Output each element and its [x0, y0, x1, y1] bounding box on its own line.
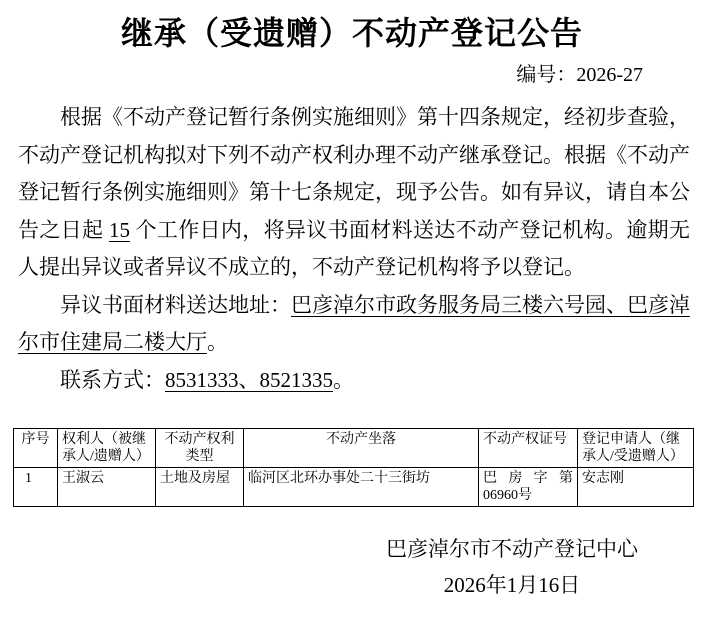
signature-block: 巴彦淖尔市不动产登记中心 2026年1月16日 — [379, 531, 645, 603]
cell-applicant: 安志刚 — [578, 468, 694, 507]
registration-table: 序号 权利人（被继承人/遗赠人） 不动产权利类型 不动产坐落 不动产权证号 登记… — [13, 428, 694, 507]
cell-seq: 1 — [14, 468, 58, 507]
delivery-address-period: 。 — [207, 330, 228, 354]
delivery-address-label: 异议书面材料送达地址： — [60, 293, 291, 317]
working-days-underlined: 15 — [109, 218, 130, 242]
table-row: 1 王淑云 土地及房屋 临河区北环办事处二十三街坊 巴房字第06960号 安志刚 — [14, 468, 694, 507]
paragraph-contact: 联系方式：8531333、8521335。 — [18, 362, 690, 400]
document-number: 编号：2026-27 — [0, 62, 704, 88]
contact-period: 。 — [333, 368, 354, 392]
contact-phones-underlined: 8531333、8521335 — [165, 368, 333, 392]
paragraph-intro: 根据《不动产登记暂行条例实施细则》第十四条规定，经初步查验，不动产登记机构拟对下… — [18, 99, 690, 287]
header-seq: 序号 — [14, 429, 58, 468]
paragraph-delivery-address: 异议书面材料送达地址：巴彦淖尔市政务服务局三楼六号园、巴彦淖尔市住建局二楼大厅。 — [18, 287, 690, 362]
header-location: 不动产坐落 — [244, 429, 479, 468]
cell-location: 临河区北环办事处二十三街坊 — [244, 468, 479, 507]
cell-right-holder: 王淑云 — [58, 468, 156, 507]
table-header-row: 序号 权利人（被继承人/遗赠人） 不动产权利类型 不动产坐落 不动产权证号 登记… — [14, 429, 694, 468]
cell-right-type: 土地及房屋 — [156, 468, 244, 507]
document-body: 根据《不动产登记暂行条例实施细则》第十四条规定，经初步查验，不动产登记机构拟对下… — [18, 99, 690, 399]
header-cert-no: 不动产权证号 — [479, 429, 578, 468]
announcement-document: 继承（受遗赠）不动产登记公告 编号：2026-27 根据《不动产登记暂行条例实施… — [0, 0, 704, 637]
page-title: 继承（受遗赠）不动产登记公告 — [0, 0, 704, 53]
header-applicant: 登记申请人（继承人/受遗赠人） — [578, 429, 694, 468]
signature-date: 2026年1月16日 — [379, 567, 645, 603]
signature-org: 巴彦淖尔市不动产登记中心 — [379, 531, 645, 567]
contact-label: 联系方式： — [60, 368, 165, 392]
header-right-type: 不动产权利类型 — [156, 429, 244, 468]
cell-cert-no: 巴房字第06960号 — [479, 468, 578, 507]
header-right-holder: 权利人（被继承人/遗赠人） — [58, 429, 156, 468]
